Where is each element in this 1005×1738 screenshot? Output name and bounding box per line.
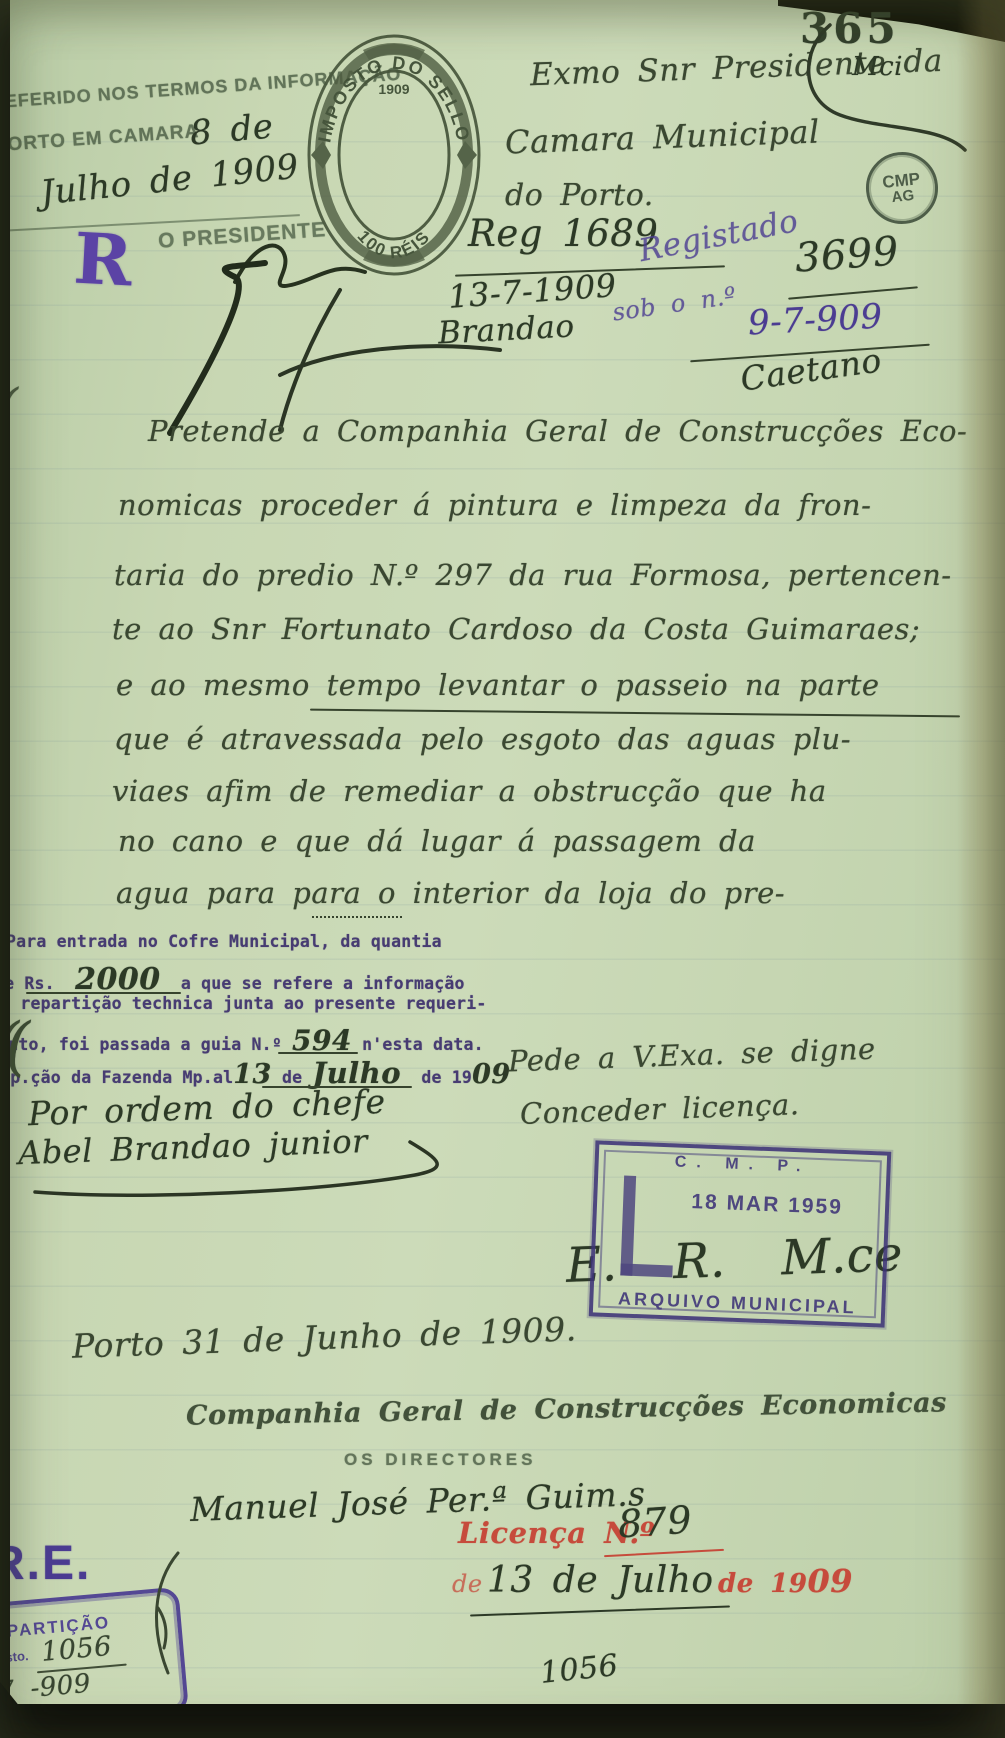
tax-stamp-ornament-left	[311, 141, 331, 169]
treasury-guia-underline	[278, 1052, 358, 1054]
license-fill-underline	[470, 1605, 730, 1616]
registado-stamp: Registado	[636, 203, 801, 269]
body-line: que é atravessada pelo esgoto das aguas …	[114, 722, 851, 756]
treasury-line5: Rep.ção da Fazenda Mp.al13 de Julho de 1…	[0, 1056, 511, 1090]
cmp-ag-stamp: CMP AG	[862, 148, 941, 227]
photo-edge-bottom	[0, 1704, 1005, 1738]
license-fill: 13 de Julho	[487, 1560, 714, 1601]
page-edge-right	[957, 0, 1005, 1738]
deferido-fill-month: Julho de 1909	[39, 147, 301, 214]
margin-mark-bottom	[138, 1548, 198, 1678]
license-de1: de	[452, 1570, 483, 1598]
cmp-ag-line2: AG	[891, 188, 915, 206]
body-line: no cano e que dá lugar á passagem da	[118, 824, 756, 858]
signoff-place-date: Porto 31 de Junho de 1909.	[71, 1309, 577, 1366]
repeated-word-mark	[312, 916, 402, 918]
body-line: e ao mesmo tempo levantar o passeio na p…	[116, 668, 880, 702]
tax-stamp-ornament-right	[457, 141, 477, 169]
registado-date2: 9-7-909	[747, 297, 884, 344]
registado-sob: sob o n.º	[611, 281, 738, 326]
body-underline	[310, 709, 960, 718]
photo-edge-left	[0, 0, 10, 1738]
body-line: taria do predio N.º 297 da rua Formosa, …	[114, 558, 952, 592]
license-year: 09	[808, 1562, 854, 1600]
archive-stamp: C. M. P. 18 MAR 1959 ARQUIVO MUNICIPAL	[589, 1140, 892, 1327]
tax-stamp-year: 1909	[378, 81, 409, 97]
treasury-year-fill: 09	[472, 1059, 511, 1090]
registado-signature: Caetano	[738, 340, 884, 398]
treasury-line1: Para entrada no Cofre Municipal, da quan…	[6, 932, 442, 951]
signoff-company-stamp: Companhia Geral de Construcções Economic…	[186, 1387, 947, 1431]
body-line: viaes afim de remediar a obstrucção que …	[112, 774, 827, 808]
treasury-line4-post: n'esta data.	[362, 1035, 484, 1054]
treasury-line4-pre: mento, foi passada a guia N.º	[0, 1035, 282, 1054]
r-mark: R	[72, 217, 134, 303]
treasury-line2-post: a que se refere a informação	[181, 974, 465, 993]
pen-curve-around-number	[770, 10, 970, 160]
treasury-signature-flourish	[20, 1130, 450, 1205]
registado-number: 3699	[794, 228, 901, 281]
address-line3: do Porto.	[505, 178, 654, 213]
body-line: nomicas proceder á pintura e limpeza da …	[118, 488, 871, 522]
treasury-line3: da repartição technica junta ao presente…	[0, 994, 487, 1013]
tax-stamp: IMPOSTO DO SELLO 1909 100 RÉIS	[303, 28, 485, 282]
license-line2: de 13 de Julho de 1909	[452, 1560, 853, 1601]
registo-number: 1056	[40, 1631, 113, 1668]
license-de2: de 19	[718, 1569, 807, 1599]
reg-number: Reg 1689	[468, 212, 658, 255]
deferido-fill-day: 8 de	[188, 106, 274, 153]
scanned-document-page: DEFERIDO NOS TERMOS DA INFORMAÇÃO PORTO …	[0, 0, 1005, 1738]
body-line: Pretende a Companhia Geral de Construcçõ…	[148, 414, 967, 448]
body-line: te ao Snr Fortunato Cardoso da Costa Gui…	[112, 612, 920, 646]
re-stamp-mark: R.E.	[0, 1536, 91, 1591]
archive-stamp-bracket2	[620, 1263, 672, 1277]
bottom-folio-number: 1056	[538, 1648, 620, 1691]
signoff-directors-label: OS DIRECTORES	[344, 1450, 536, 1470]
license-number: 879	[617, 1497, 694, 1546]
treasury-line5-post: de 19	[421, 1068, 472, 1087]
treasury-line5-pre: Rep.ção da Fazenda Mp.al	[0, 1068, 233, 1087]
petition-line2: Conceder licença.	[519, 1087, 799, 1131]
treasury-line4: mento, foi passada a guia N.º 594 n'esta…	[0, 1024, 484, 1057]
petition-line1: Pede a V.Exa. se digne	[508, 1032, 877, 1079]
body-line: agua para para o interior da loja do pre…	[116, 876, 785, 910]
license-number-underline	[604, 1549, 724, 1557]
